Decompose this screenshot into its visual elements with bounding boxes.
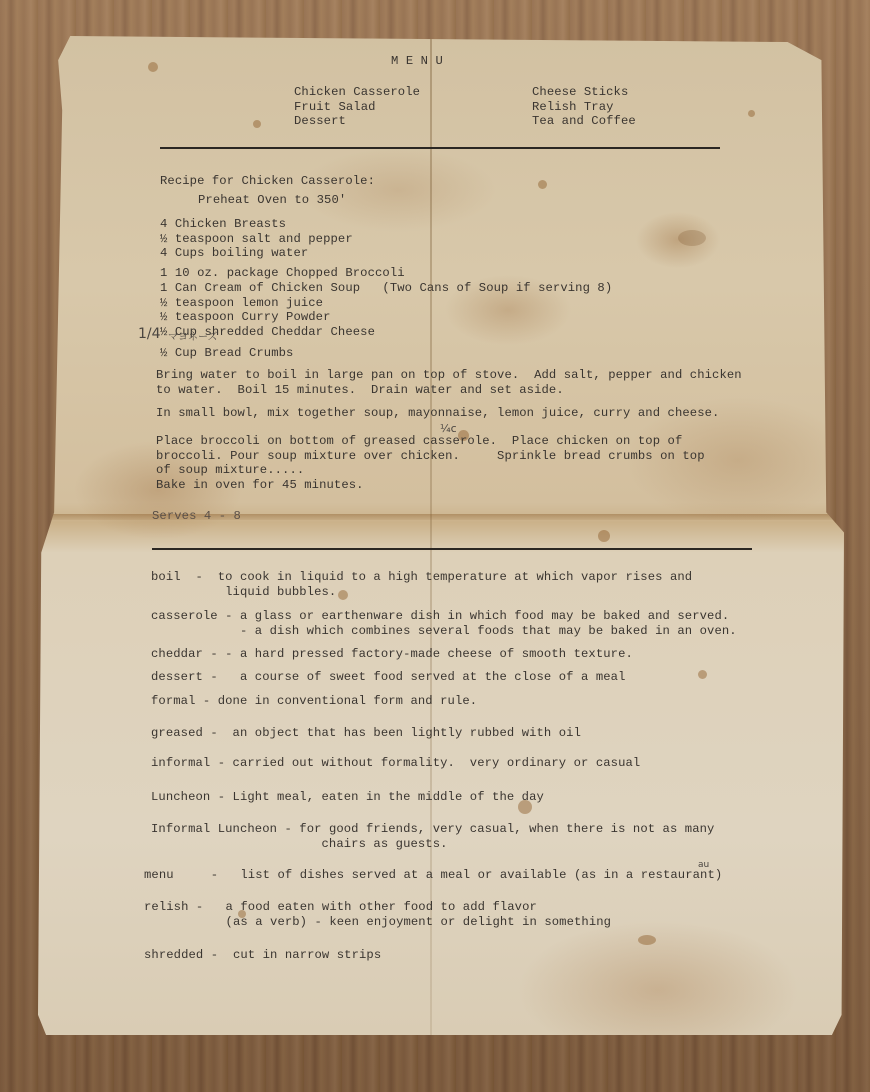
- glossary-term: casserole: [151, 609, 218, 624]
- glossary-term: relish: [144, 900, 188, 915]
- glossary-divider: [152, 548, 752, 550]
- recipe-step: Place broccoli on bottom of greased cass…: [156, 434, 705, 492]
- ingredient-item: 4 Chicken Breasts: [160, 217, 286, 232]
- menu-item-right-1: Cheese Sticks: [532, 85, 628, 100]
- glossary-term: menu: [144, 868, 174, 883]
- ingredient-item: ½ teaspoon Curry Powder: [160, 310, 331, 325]
- ingredient-item: 4 Cups boiling water: [160, 246, 308, 261]
- top-divider: [160, 147, 720, 149]
- glossary-definition: - done in conventional form and rule.: [195, 694, 477, 708]
- glossary-definition: - an object that has been lightly rubbed…: [203, 726, 581, 740]
- glossary-entry: cheddar - - a hard pressed factory-made …: [151, 647, 633, 662]
- ingredient-item: ½ teaspoon salt and pepper: [160, 232, 353, 247]
- glossary-definition: - a course of sweet food served at the c…: [203, 670, 626, 684]
- ingredient-item: 1 10 oz. package Chopped Broccoli: [160, 266, 405, 281]
- glossary-entry: informal - carried out without formality…: [151, 756, 640, 771]
- glossary-definition: - a glass or earthenware dish in which f…: [151, 609, 737, 638]
- menu-item-right-3: Tea and Coffee: [532, 114, 636, 129]
- handwritten-restaurant-correction: au: [698, 860, 709, 870]
- handwritten-mayonnaise-note: マヨネーズ: [168, 328, 218, 343]
- glossary-term: Luncheon: [151, 790, 210, 805]
- glossary-term: greased: [151, 726, 203, 741]
- glossary-term: Informal Luncheon: [151, 822, 277, 837]
- glossary-entry: Informal Luncheon - for good friends, ve…: [151, 822, 714, 851]
- preheat-instruction: Preheat Oven to 350': [198, 193, 346, 208]
- stain-spot: [598, 530, 610, 542]
- glossary-definition: - - a hard pressed factory-made cheese o…: [203, 647, 633, 661]
- stain-spot: [638, 935, 656, 945]
- menu-heading: M E N U: [391, 54, 443, 69]
- glossary-definition: - a food eaten with other food to add fl…: [144, 900, 611, 929]
- vertical-fold-crease: [430, 30, 432, 1035]
- recipe-step: In small bowl, mix together soup, mayonn…: [156, 406, 719, 421]
- glossary-definition: - cut in narrow strips: [203, 948, 381, 962]
- glossary-entry: dessert - a course of sweet food served …: [151, 670, 626, 685]
- glossary-term: dessert: [151, 670, 203, 685]
- stain-spot: [698, 670, 707, 679]
- menu-item-left-3: Dessert: [294, 114, 346, 129]
- menu-document: M E N U Chicken Casserole Fruit Salad De…: [38, 30, 844, 1035]
- glossary-entry: menu - list of dishes served at a meal o…: [144, 868, 722, 883]
- stain-spot: [148, 62, 158, 72]
- recipe-title: Recipe for Chicken Casserole:: [160, 174, 375, 189]
- glossary-term: formal: [151, 694, 195, 709]
- stain-spot: [748, 110, 755, 117]
- glossary-term: informal: [151, 756, 210, 771]
- glossary-entry: Luncheon - Light meal, eaten in the midd…: [151, 790, 544, 805]
- serves-note: Serves 4 - 8: [152, 509, 241, 524]
- menu-item-left-1: Chicken Casserole: [294, 85, 420, 100]
- ingredient-item: ½ Cup Bread Crumbs: [160, 346, 293, 361]
- glossary-term: boil: [151, 570, 181, 585]
- glossary-entry: casserole - a glass or earthenware dish …: [151, 609, 737, 638]
- glossary-definition: - list of dishes served at a meal or ava…: [174, 868, 723, 882]
- ingredient-item: ½ teaspoon lemon juice: [160, 296, 323, 311]
- glossary-definition: - Light meal, eaten in the middle of the…: [210, 790, 544, 804]
- menu-item-left-2: Fruit Salad: [294, 100, 376, 115]
- glossary-entry: shredded - cut in narrow strips: [144, 948, 381, 963]
- glossary-entry: boil - to cook in liquid to a high tempe…: [151, 570, 692, 599]
- handwritten-quarter-cup: ¼c: [440, 422, 457, 435]
- glossary-term: shredded: [144, 948, 203, 963]
- glossary-definition: - carried out without formality. very or…: [210, 756, 640, 770]
- handwritten-mayonnaise-qty: 1/4: [138, 326, 161, 342]
- recipe-step: Bring water to boil in large pan on top …: [156, 368, 742, 397]
- stain-spot: [678, 230, 706, 246]
- glossary-definition: - to cook in liquid to a high temperatur…: [151, 570, 692, 599]
- glossary-entry: formal - done in conventional form and r…: [151, 694, 477, 709]
- menu-item-right-2: Relish Tray: [532, 100, 614, 115]
- stain-spot: [253, 120, 261, 128]
- glossary-entry: greased - an object that has been lightl…: [151, 726, 581, 741]
- stain-spot: [538, 180, 547, 189]
- ingredient-item: 1 Can Cream of Chicken Soup (Two Cans of…: [160, 281, 612, 296]
- glossary-entry: relish - a food eaten with other food to…: [144, 900, 611, 929]
- glossary-term: cheddar: [151, 647, 203, 662]
